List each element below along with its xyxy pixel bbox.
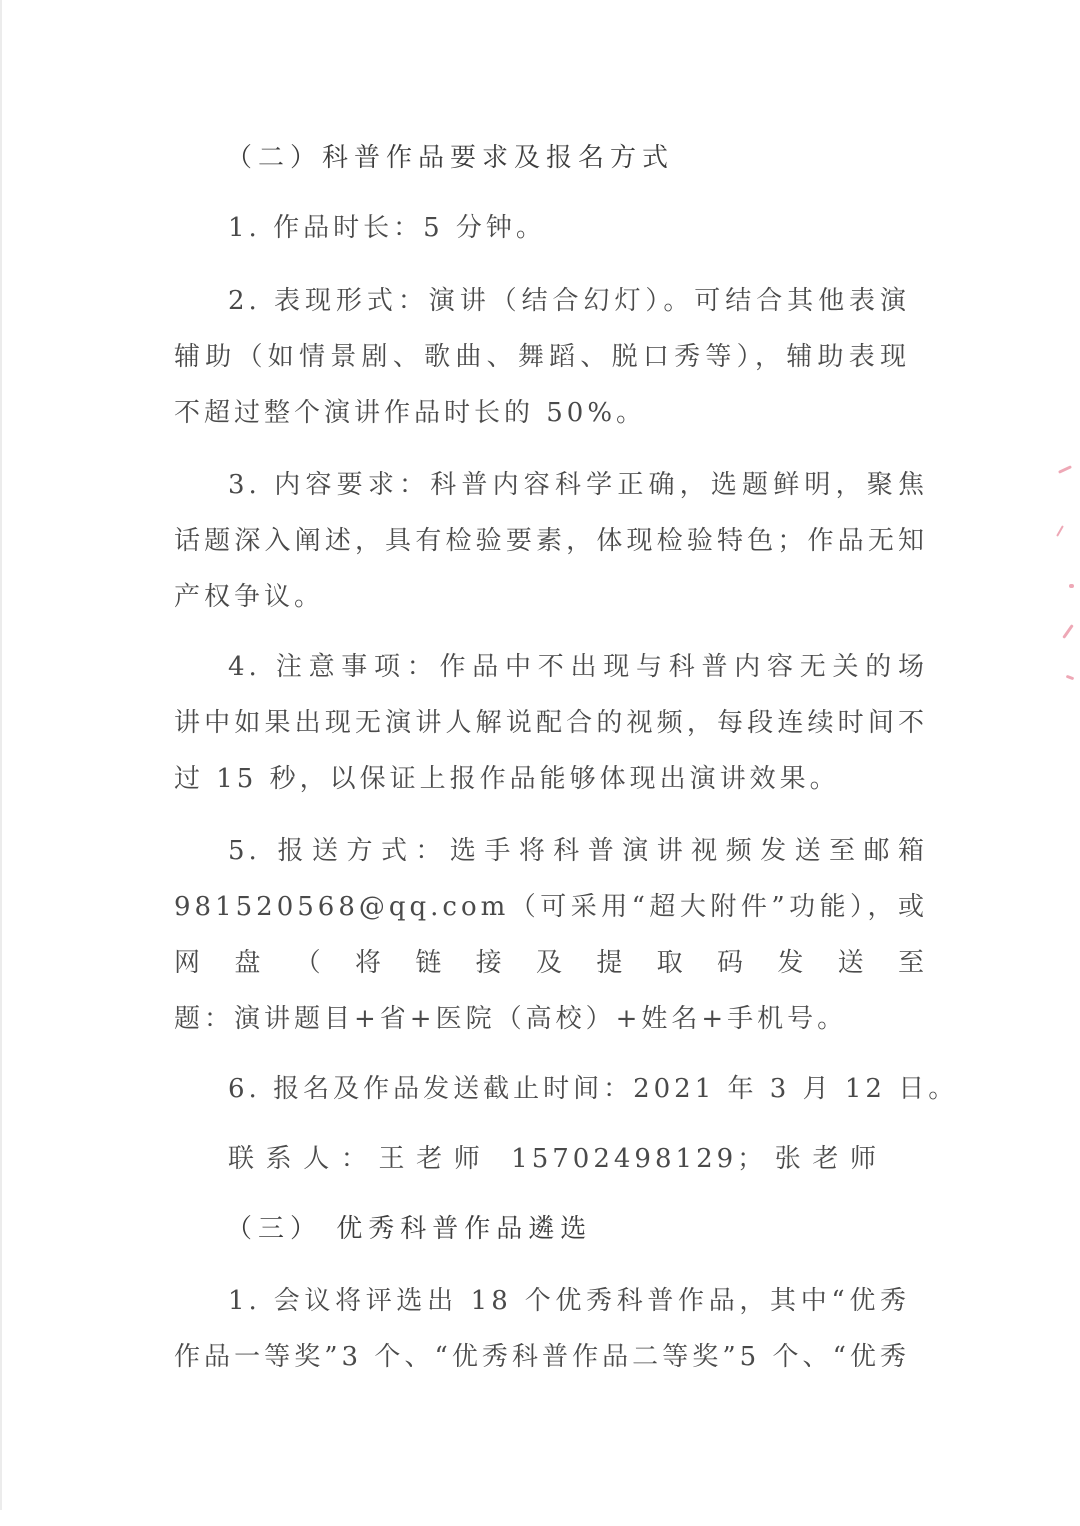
item-submission-line-2: 981520568@qq.com（可采用“超大附件”功能），或上传至 [174,890,928,924]
seal-fragment-mark [1062,624,1074,639]
item-notes-line-2: 讲中如果出现无演讲人解说配合的视频，每段连续时间不超 [174,706,928,740]
item-submission-line-3: 网盘（将链接及提取码发送至 981520568@qq.com）。邮件主 [174,946,928,980]
item-submission-line-4: 题：演讲题目+省+医院（高校）+姓名+手机号。 [174,1002,847,1036]
item-content-line-2: 话题深入阐述，具有检验要素，体现检验特色；作品无知识 [174,524,928,558]
item-format-line-3: 不超过整个演讲作品时长的 50%。 [174,396,646,430]
seal-fragment-mark [1069,584,1074,588]
seal-fragment-mark [1056,525,1064,536]
item-format-line-2: 辅助（如情景剧、歌曲、舞蹈、脱口秀等），辅助表现形式 [174,340,910,374]
seal-fragment-mark [1058,465,1072,474]
item-deadline: 6. 报名及作品发送截止时间：2021 年 3 月 12 日。 [228,1072,958,1106]
section-heading-selection: （三） 优秀科普作品遴选 [226,1212,592,1246]
item-submission-line-1: 5. 报送方式：选手将科普演讲视频发送至邮箱 [228,834,928,868]
seal-fragment-mark [1066,675,1075,681]
item-notes-line-1: 4. 注意事项：作品中不出现与科普内容无关的场景；演 [228,650,928,684]
item-content-line-1: 3. 内容要求：科普内容科学正确，选题鲜明，聚焦一个 [228,468,928,502]
section-heading-requirements: （二）科普作品要求及报名方式 [226,141,674,175]
item-awards-line-1: 1. 会议将评选出 18 个优秀科普作品，其中“优秀科普 [228,1284,910,1318]
item-format-line-1: 2. 表现形式：演讲（结合幻灯）。可结合其他表演形式 [228,284,910,318]
document-page: （二）科普作品要求及报名方式 1. 作品时长：5 分钟。 2. 表现形式：演讲（… [0,0,1080,1526]
item-duration: 1. 作品时长：5 分钟。 [228,211,546,245]
item-awards-line-2: 作品一等奖”3 个、“优秀科普作品二等奖”5 个、“优秀 [174,1340,910,1374]
item-content-line-3: 产权争议。 [174,580,324,614]
contact-info: 联系人：王老师 15702498129；张老师 13940291902 [228,1142,880,1176]
item-notes-line-3: 过 15 秒，以保证上报作品能够体现出演讲效果。 [174,762,840,796]
scan-edge [0,0,2,1510]
